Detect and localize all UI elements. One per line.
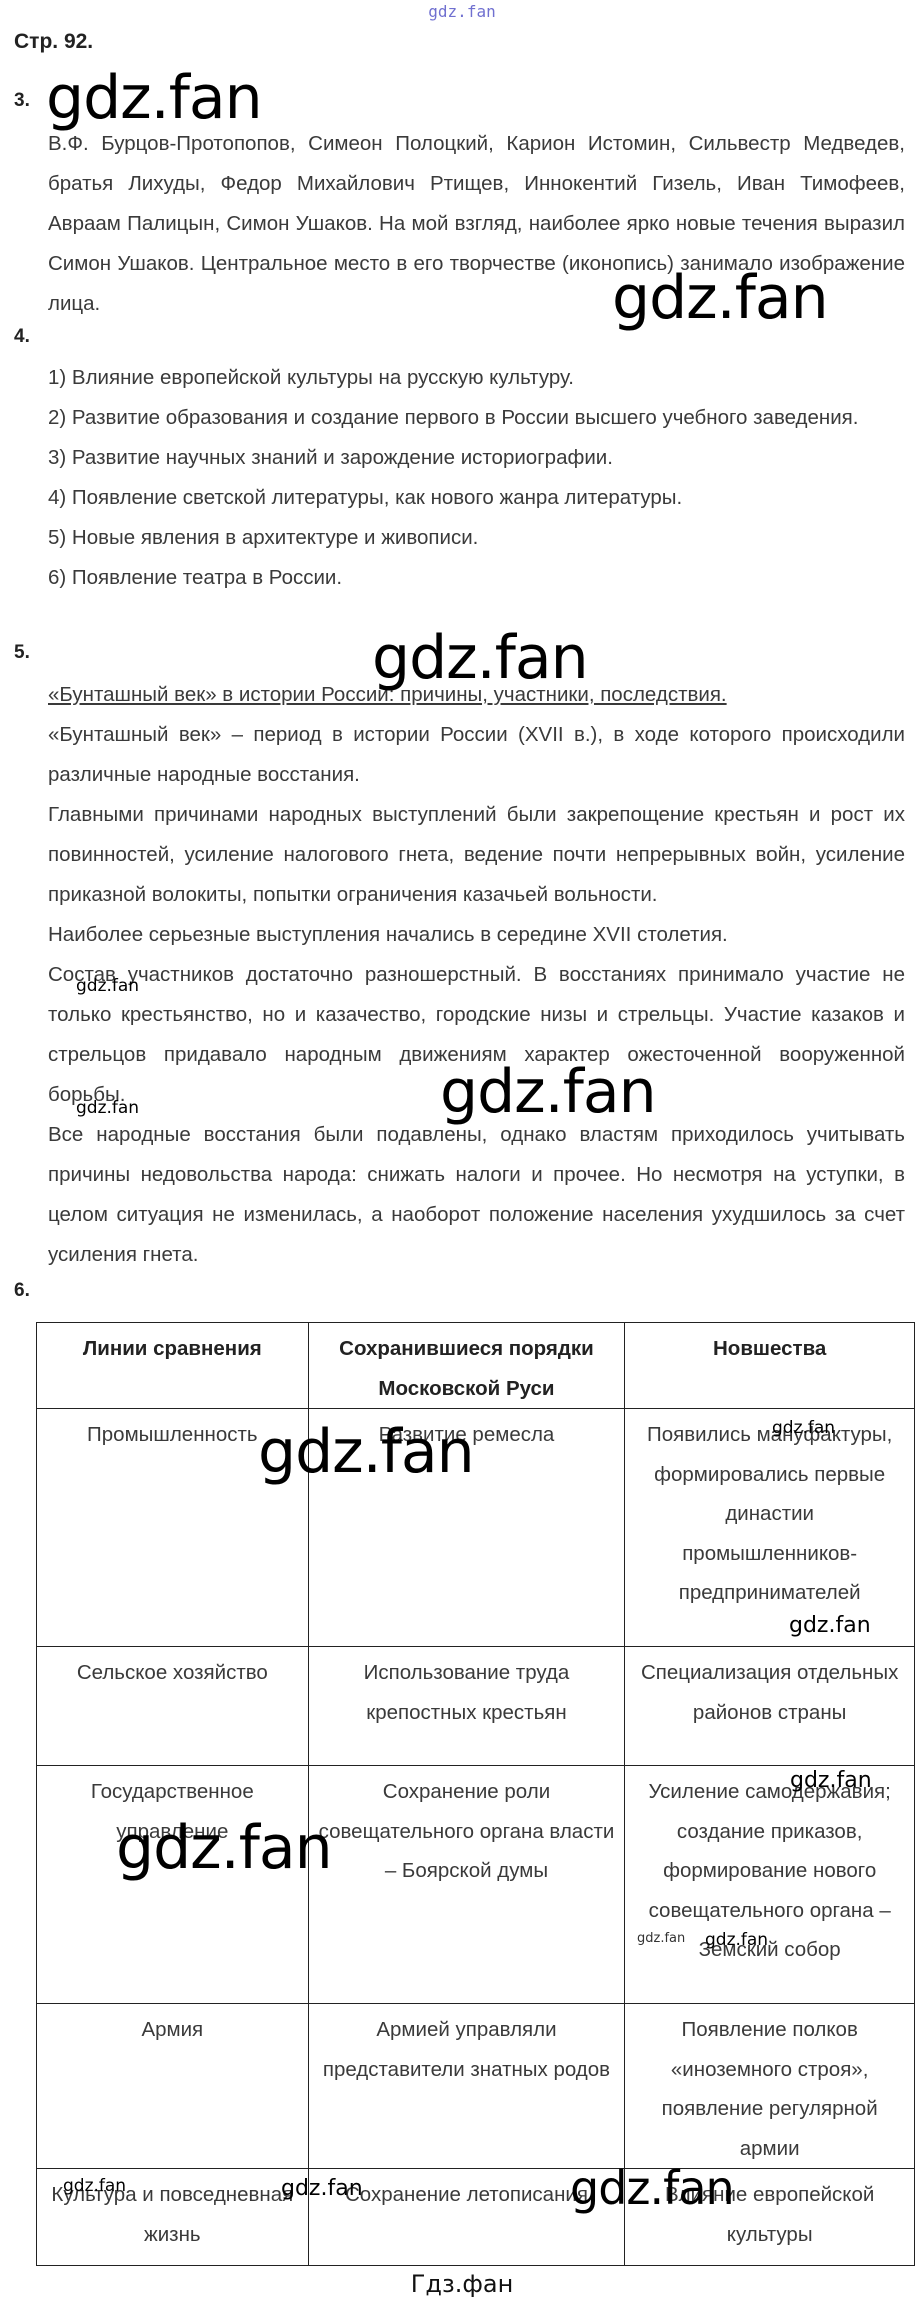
watermark: gdz.fan <box>612 268 828 328</box>
list-item: 1) Влияние европейской культуры на русск… <box>48 358 905 398</box>
table-row: Культура и повседневная жизнь Сохранение… <box>37 2169 915 2266</box>
watermark: gdz.fan <box>790 1770 872 1792</box>
page-label: Стр. 92. <box>14 30 93 54</box>
column-header: Линии сравнения <box>37 1323 309 1409</box>
table-row: Промышленность Развитие ремесла Появилис… <box>37 1409 915 1647</box>
table-header-row: Линии сравнения Сохранившиеся порядки Мо… <box>37 1323 915 1409</box>
watermark: gdz.fan <box>281 2178 363 2200</box>
table-cell: Сохранение роли совещательного органа вл… <box>308 1766 625 2004</box>
watermark: gdz.fan <box>372 628 588 688</box>
table-row: Государственное управление Сохранение ро… <box>37 1766 915 2004</box>
watermark: gdz.fan <box>76 1100 139 1117</box>
table-cell: Армией управляли представители знатных р… <box>308 2004 625 2169</box>
question-4-number: 4. <box>14 326 30 348</box>
question-6-number: 6. <box>14 1280 30 1302</box>
table-cell: Появились мануфактуры, формировались пер… <box>625 1409 915 1647</box>
watermark: gdz.fan <box>705 1932 768 1949</box>
table-cell: Появление полков «иноземного строя», поя… <box>625 2004 915 2169</box>
watermark: gdz.fan <box>258 1422 474 1482</box>
paragraph: Наиболее серьезные выступления начались … <box>48 915 905 955</box>
question-5-answer: «Бунташный век» в истории России: причин… <box>48 675 905 1275</box>
footer-label: Гдз.фан <box>0 2270 924 2298</box>
paragraph: «Бунташный век» – период в истории Росси… <box>48 715 905 795</box>
question-5-number: 5. <box>14 642 30 664</box>
column-header: Сохранившиеся порядки Московской Руси <box>308 1323 625 1409</box>
top-watermark: gdz.fan <box>0 2 924 21</box>
question-3-number: 3. <box>14 90 30 112</box>
list-item: 4) Появление светской литературы, как но… <box>48 478 905 518</box>
table-cell: Использование труда крепостных крестьян <box>308 1647 625 1766</box>
watermark: gdz.fan <box>46 68 262 128</box>
watermark: gdz.fan <box>637 1932 685 1945</box>
table-cell: Государственное управление <box>37 1766 309 2004</box>
watermark: gdz.fan <box>570 2165 734 2211</box>
watermark: gdz.fan <box>772 1420 835 1437</box>
table-cell: Специализация отдельных районов страны <box>625 1647 915 1766</box>
table-cell: Армия <box>37 2004 309 2169</box>
comparison-table: Линии сравнения Сохранившиеся порядки Мо… <box>36 1322 915 2266</box>
table-row: Армия Армией управляли представители зна… <box>37 2004 915 2169</box>
list-item: 3) Развитие научных знаний и зарождение … <box>48 438 905 478</box>
watermark: gdz.fan <box>63 2178 126 2195</box>
list-item: 5) Новые явления в архитектуре и живопис… <box>48 518 905 558</box>
question-4-list: 1) Влияние европейской культуры на русск… <box>48 358 905 598</box>
table-cell: Сельское хозяйство <box>37 1647 309 1766</box>
paragraph: Главными причинами народных выступлений … <box>48 795 905 915</box>
watermark: gdz.fan <box>789 1615 871 1637</box>
column-header: Новшества <box>625 1323 915 1409</box>
list-item: 2) Развитие образования и создание перво… <box>48 398 905 438</box>
watermark: gdz.fan <box>116 1818 332 1878</box>
watermark: gdz.fan <box>76 978 139 995</box>
paragraph: Все народные восстания были подавлены, о… <box>48 1115 905 1275</box>
list-item: 6) Появление театра в России. <box>48 558 905 598</box>
watermark: gdz.fan <box>440 1062 656 1122</box>
table-cell: Усиление самодержавия; создание приказов… <box>625 1766 915 2004</box>
table-row: Сельское хозяйство Использование труда к… <box>37 1647 915 1766</box>
